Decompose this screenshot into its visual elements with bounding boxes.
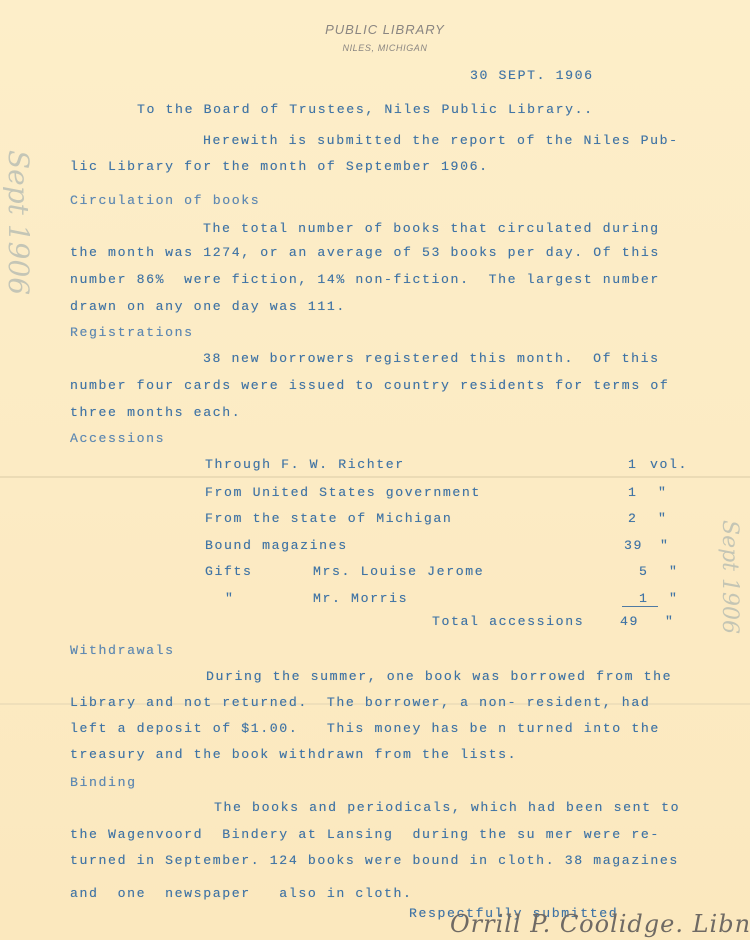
salutation: To the Board of Trustees, Niles Public L… bbox=[137, 102, 594, 117]
paragraph-line: turned in September. 124 books were boun… bbox=[70, 853, 679, 868]
accession-source: From United States government bbox=[205, 485, 481, 500]
accession-source: Mr. Morris bbox=[313, 591, 408, 606]
paragraph-line: treasury and the book withdrawn from the… bbox=[70, 747, 517, 762]
paragraph-line: 38 new borrowers registered this month. … bbox=[203, 351, 660, 366]
accession-unit: " bbox=[658, 511, 668, 526]
accession-unit: " bbox=[660, 538, 670, 553]
paragraph-line: During the summer, one book was borrowed… bbox=[206, 669, 672, 684]
paragraph-line: number 86% were fiction, 14% non-fiction… bbox=[70, 272, 660, 287]
accession-unit: " bbox=[669, 591, 679, 606]
fold-crease bbox=[0, 476, 750, 478]
letter-page: PUBLIC LIBRARY NILES, MICHIGAN 30 SEPT. … bbox=[0, 0, 750, 940]
pencil-note-right: Sept 1906 bbox=[717, 520, 742, 634]
accession-source: From the state of Michigan bbox=[205, 511, 452, 526]
paragraph-line: the month was 1274, or an average of 53 … bbox=[70, 245, 660, 260]
intro-line: Herewith is submitted the report of the … bbox=[203, 133, 679, 148]
paragraph-line: three months each. bbox=[70, 405, 241, 420]
section-heading-binding: Binding bbox=[70, 775, 137, 790]
total-accessions-unit: " bbox=[665, 614, 675, 629]
section-heading-circulation: Circulation of books bbox=[70, 193, 260, 208]
letterhead-location: NILES, MICHIGAN bbox=[0, 43, 750, 53]
accession-source: Through F. W. Richter bbox=[205, 457, 405, 472]
paragraph-line: The total number of books that circulate… bbox=[203, 221, 660, 236]
section-heading-accessions: Accessions bbox=[70, 431, 165, 446]
accession-prefix: " bbox=[225, 591, 235, 606]
accession-unit: " bbox=[658, 485, 668, 500]
paragraph-line: The books and periodicals, which had bee… bbox=[214, 800, 680, 815]
accession-unit: vol. bbox=[650, 457, 688, 472]
accession-count: 1 bbox=[628, 457, 638, 472]
paragraph-line: drawn on any one day was 111. bbox=[70, 299, 346, 314]
accession-count: 39 bbox=[624, 538, 643, 553]
signature: Orrill P. Coolidge. Libn bbox=[450, 910, 750, 938]
paragraph-line: left a deposit of $1.00. This money has … bbox=[70, 721, 660, 736]
letterhead-title: PUBLIC LIBRARY bbox=[0, 22, 750, 37]
paragraph-line: the Wagenvoord Bindery at Lansing during… bbox=[70, 827, 660, 842]
total-accessions-label: Total accessions bbox=[432, 614, 584, 629]
total-accessions-count: 49 bbox=[620, 614, 639, 629]
paragraph-line: Library and not returned. The borrower, … bbox=[70, 695, 650, 710]
accession-prefix: Gifts bbox=[205, 564, 253, 579]
accession-count: 1 bbox=[628, 485, 638, 500]
pencil-note-left: Sept 1906 bbox=[2, 150, 35, 295]
paragraph-line: and one newspaper also in cloth. bbox=[70, 886, 413, 901]
paragraph-line: number four cards were issued to country… bbox=[70, 378, 669, 393]
accession-source: Bound magazines bbox=[205, 538, 348, 553]
accession-unit: " bbox=[669, 564, 679, 579]
letter-date: 30 SEPT. 1906 bbox=[470, 68, 594, 83]
section-heading-withdrawals: Withdrawals bbox=[70, 643, 175, 658]
intro-line: lic Library for the month of September 1… bbox=[70, 159, 489, 174]
accession-count: 2 bbox=[628, 511, 638, 526]
accession-source: Mrs. Louise Jerome bbox=[313, 564, 484, 579]
accession-count: 5 bbox=[639, 564, 649, 579]
scan-margin bbox=[0, 940, 750, 949]
accession-count: 1 bbox=[639, 591, 649, 606]
sum-underline bbox=[622, 606, 658, 607]
section-heading-registrations: Registrations bbox=[70, 325, 194, 340]
